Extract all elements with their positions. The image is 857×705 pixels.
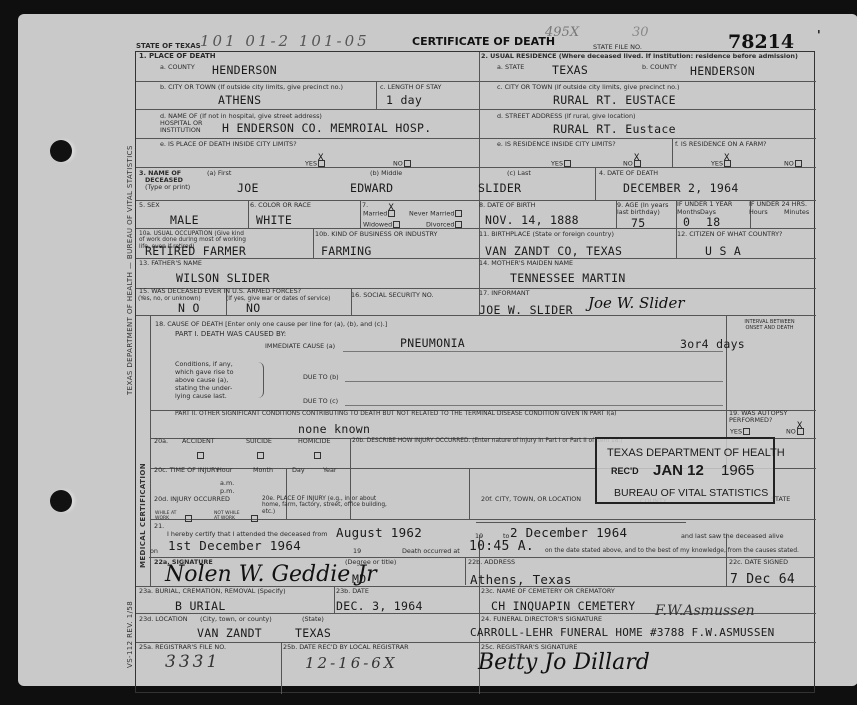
checkbox-checked[interactable] xyxy=(797,428,804,435)
occupation-value: RETIRED FARMER xyxy=(145,244,246,258)
birthplace-value: VAN ZANDT CO, TEXAS xyxy=(485,244,622,258)
certificate-title: CERTIFICATE OF DEATH xyxy=(412,35,555,48)
pod-inside-city-no[interactable]: NO xyxy=(393,160,411,168)
hours-label: Hours xyxy=(749,209,768,216)
armed-war-value: NO xyxy=(246,301,260,315)
registrar-signature: Betty Jo Dillard xyxy=(478,650,650,675)
day-label: Day xyxy=(292,467,305,474)
date-of-death-value: DECEMBER 2, 1964 xyxy=(623,181,739,195)
checkbox[interactable] xyxy=(743,428,750,435)
state-handwritten-code: 101 01-2 101-05 xyxy=(200,32,370,50)
res-inside-city-label: e. IS RESIDENCE INSIDE CITY LIMITS? xyxy=(497,141,616,148)
received-stamp: TEXAS DEPARTMENT OF HEALTH REC'D JAN 12 … xyxy=(595,437,775,504)
under-year-label: IF UNDER 1 YEAR xyxy=(677,201,732,208)
margin-vertical-text: TEXAS DEPARTMENT OF HEALTH — BUREAU OF V… xyxy=(126,145,134,395)
informant-value: JOE W. SLIDER xyxy=(479,303,573,317)
checkbox-checked[interactable] xyxy=(724,160,731,167)
res-farm-no[interactable]: NO xyxy=(784,160,802,168)
informant-signature: Joe W. Slider xyxy=(588,294,685,312)
res-street-label: d. STREET ADDRESS (If rural, give locati… xyxy=(497,113,636,120)
injury-city-label: 20f. CITY, TOWN, OR LOCATION xyxy=(481,496,581,503)
length-of-stay-label: c. LENGTH OF STAY xyxy=(380,84,441,91)
res-county-label: b. COUNTY xyxy=(642,64,677,71)
form-code: VS-112 REV. 1/58 xyxy=(126,601,134,668)
armed-forces-label: 15. WAS DECEASED EVER IN U.S. ARMED FORC… xyxy=(139,288,301,295)
not-at-work-label: NOT WHILE AT WORK xyxy=(214,512,244,522)
suicide-checkbox[interactable] xyxy=(257,452,264,459)
middle-name-label: (b) Middle xyxy=(370,170,402,177)
year-label: Year xyxy=(323,467,337,474)
first-name-label: (a) First xyxy=(207,170,231,177)
conditions-note-3: above cause (a), xyxy=(175,377,228,384)
homicide-checkbox[interactable] xyxy=(314,452,321,459)
address-label: 22b. ADDRESS xyxy=(468,559,515,566)
death-occurred-text: on the date stated above, and to the bes… xyxy=(545,548,799,555)
citizen-value: U S A xyxy=(705,244,741,258)
pod-city-label: b. CITY OR TOWN (If outside city limits,… xyxy=(160,84,343,91)
birthplace-label: 11. BIRTHPLACE (State or foreign country… xyxy=(479,231,614,238)
accident-checkbox[interactable] xyxy=(197,452,204,459)
checkbox-checked[interactable] xyxy=(318,160,325,167)
length-of-stay-value: 1 day xyxy=(386,93,422,107)
place-of-injury-label: 20e. PLACE OF INJURY (e.g., in or about … xyxy=(262,496,390,515)
medical-certification-label: MEDICAL CERTIFICATION xyxy=(139,463,147,568)
burial-location-label: 23d. LOCATION xyxy=(139,616,188,623)
ssn-label: 16. SOCIAL SECURITY NO. xyxy=(351,292,434,299)
minutes-label: Minutes xyxy=(784,209,809,216)
divorced-option[interactable]: Divorced xyxy=(426,221,462,229)
checkbox[interactable] xyxy=(564,160,571,167)
months-value: 0 xyxy=(683,215,690,229)
funeral-director-label: 24. FUNERAL DIRECTOR'S SIGNATURE xyxy=(481,616,602,623)
due-to-c-label: DUE TO (c) xyxy=(303,398,338,405)
days-value: 18 xyxy=(706,215,720,229)
pod-city-value: ATHENS xyxy=(218,93,261,107)
checkbox[interactable] xyxy=(404,160,411,167)
nineteen-2: 19 xyxy=(353,548,361,555)
punch-hole-bottom xyxy=(50,490,72,512)
armed-war-label: (If yes, give war or dates of service) xyxy=(226,296,330,302)
burial-type-value: B URIAL xyxy=(175,599,226,613)
last-name-value: SLIDER xyxy=(478,181,521,195)
pod-inside-city-yes[interactable]: YES xyxy=(305,160,325,168)
address-value: Athens, Texas xyxy=(470,572,572,587)
burial-date-value: DEC. 3, 1964 xyxy=(336,599,423,613)
sex-value: MALE xyxy=(170,213,199,227)
place-of-death-label: 1. PLACE OF DEATH xyxy=(139,53,216,61)
cause-section-label: 18. CAUSE OF DEATH [Enter only one cause… xyxy=(155,321,387,328)
res-inside-city-yes[interactable]: YES xyxy=(551,160,571,168)
on-label: on xyxy=(150,548,158,555)
citizen-label: 12. CITIZEN OF WHAT COUNTRY? xyxy=(677,231,782,238)
res-street-value: RURAL RT. Eustace xyxy=(553,122,676,136)
first-name-value: JOE xyxy=(237,181,259,195)
am-label: a.m. xyxy=(220,480,234,487)
checkbox[interactable] xyxy=(393,221,400,228)
married-option[interactable]: Married xyxy=(363,210,395,218)
business-value: FARMING xyxy=(321,244,372,258)
last-name-label: (c) Last xyxy=(507,170,531,177)
never-married-option[interactable]: Never Married xyxy=(409,210,462,218)
immediate-cause-value: PNEUMONIA xyxy=(400,336,465,350)
father-value: WILSON SLIDER xyxy=(176,271,270,285)
cemetery-label: 23c. NAME OF CEMETERY OR CREMATORY xyxy=(481,588,615,595)
not-at-work-checkbox[interactable] xyxy=(251,515,258,522)
conditions-note-5: lying cause last. xyxy=(175,393,227,400)
age-value: 75 xyxy=(631,216,645,230)
mother-label: 14. MOTHER'S MAIDEN NAME xyxy=(479,260,573,267)
punch-hole-top xyxy=(50,140,72,162)
informant-label: 17. INFORMANT xyxy=(479,290,530,297)
res-inside-city-no[interactable]: NO xyxy=(623,160,641,168)
burial-location-value: VAN ZANDT xyxy=(197,626,262,640)
pod-county-label: a. COUNTY xyxy=(160,64,195,71)
stamp-year: 1965 xyxy=(721,462,754,479)
autopsy-no[interactable]: NO xyxy=(786,428,804,436)
res-city-value: RURAL RT. EUSTACE xyxy=(553,93,676,107)
dob-value: NOV. 14, 1888 xyxy=(485,213,579,227)
under-24-label: IF UNDER 24 HRS. xyxy=(749,201,807,208)
last-saw-text: and last saw the deceased alive xyxy=(681,533,784,540)
death-occurred-label: Death occurred at xyxy=(402,548,460,555)
res-state-value: TEXAS xyxy=(552,63,588,77)
accident-label: ACCIDENT xyxy=(182,438,215,445)
attended-to-value: 2 December 1964 xyxy=(510,525,627,540)
hour-label: Hour xyxy=(217,467,232,474)
interval-value: 3or4 days xyxy=(680,337,745,351)
degree-value: MD xyxy=(352,572,366,586)
describe-injury-label: 20b. DESCRIBE HOW INJURY OCCURRED. (Ente… xyxy=(352,438,623,444)
armed-yes-no-value: N O xyxy=(178,301,200,315)
middle-name-value: EDWARD xyxy=(350,181,393,195)
conditions-note-2: which gave rise to xyxy=(175,369,233,376)
cemetery-value: CH INQUAPIN CEMETERY xyxy=(491,599,635,613)
stamp-dept: TEXAS DEPARTMENT OF HEALTH xyxy=(607,447,785,459)
homicide-label: HOMICIDE xyxy=(298,438,331,445)
pod-county-value: HENDERSON xyxy=(212,63,277,77)
date-of-death-label: 4. DATE OF DEATH xyxy=(599,170,658,177)
widowed-option[interactable]: Widowed xyxy=(363,221,400,229)
race-value: WHITE xyxy=(256,213,292,227)
stamp-bureau: BUREAU OF VITAL STATISTICS xyxy=(614,487,768,499)
father-label: 13. FATHER'S NAME xyxy=(139,260,202,267)
suicide-label: SUICIDE xyxy=(246,438,272,445)
registrar-date-label: 25b. DATE REC'D BY LOCAL REGISTRAR xyxy=(283,644,409,651)
last-saw-date: 1st December 1964 xyxy=(168,538,301,553)
degree-label: (Degree or title) xyxy=(345,559,396,566)
dob-label: 8. DATE OF BIRTH xyxy=(479,202,535,209)
race-label: 6. COLOR OR RACE xyxy=(250,202,311,209)
stamp-recd: REC'D xyxy=(611,466,639,476)
checkbox-checked[interactable] xyxy=(388,210,395,217)
date-signed-value: 7 Dec 64 xyxy=(730,572,795,587)
age-label: 9. AGE (In years last birthday) xyxy=(617,202,677,216)
stamp-date: JAN 12 xyxy=(653,462,704,479)
interval-label: INTERVAL BETWEEN ONSET AND DEATH xyxy=(742,320,797,331)
burial-type-label: 23a. BURIAL, CREMATION, REMOVAL (Specify… xyxy=(139,588,286,595)
location-sub-label: (City, town, or county) xyxy=(200,616,272,623)
funeral-director-value: CARROLL-LEHR FUNERAL HOME #3788 F.W.ASMU… xyxy=(470,626,775,639)
sex-label: 5. SEX xyxy=(139,202,160,209)
res-city-label: c. CITY OR TOWN (If outside city limits,… xyxy=(497,84,679,91)
due-to-b-label: DUE TO (b) xyxy=(303,374,339,381)
checkbox[interactable] xyxy=(795,160,802,167)
part1-label: PART I. DEATH WAS CAUSED BY: xyxy=(175,331,286,339)
burial-date-label: 23b. DATE xyxy=(336,588,369,595)
burial-state-value: TEXAS xyxy=(295,626,331,640)
hospital-value: H ENDERSON CO. MEMROIAL HOSP. xyxy=(222,121,431,135)
attended-from-value: August 1962 xyxy=(336,525,422,540)
pod-inside-city-label: e. IS PLACE OF DEATH INSIDE CITY LIMITS? xyxy=(160,141,297,148)
marital-label: 7. xyxy=(362,202,368,209)
hospital-label-3: INSTITUTION xyxy=(160,127,201,134)
conditions-note-1: Conditions, if any, xyxy=(175,361,233,368)
certify-item-label: 21. xyxy=(154,523,164,530)
time-of-injury-label: 20c. TIME OF INJURY xyxy=(154,467,219,474)
handwritten-number: 30 xyxy=(632,25,649,40)
checkbox[interactable] xyxy=(455,210,462,217)
burial-state-sub-label: (State) xyxy=(302,616,324,623)
state-of-texas-label: STATE OF TEXAS xyxy=(136,43,201,51)
pm-label: p.m. xyxy=(220,488,234,495)
res-county-value: HENDERSON xyxy=(690,64,755,78)
conditions-brace xyxy=(258,362,264,398)
funeral-director-signature: F.W.Asmussen xyxy=(655,603,755,619)
while-at-work-checkbox[interactable] xyxy=(185,515,192,522)
residence-section-label: 2. USUAL RESIDENCE (Where deceased lived… xyxy=(481,53,798,60)
corner-mark: ' xyxy=(817,28,821,42)
injury-type-label: 20a. xyxy=(154,438,168,445)
checkbox[interactable] xyxy=(455,221,462,228)
title-handwritten-note: 495X xyxy=(545,25,579,40)
month-label: Month xyxy=(253,467,273,474)
conditions-note-4: stating the under- xyxy=(175,385,232,392)
date-signed-label: 22c. DATE SIGNED xyxy=(729,559,788,566)
while-at-work-label: WHILE AT WORK xyxy=(155,512,181,522)
death-time-value: 10:45 A. xyxy=(469,539,534,554)
immediate-cause-label: IMMEDIATE CAUSE (a) xyxy=(265,343,335,350)
business-label: 10b. KIND OF BUSINESS OR INDUSTRY xyxy=(315,231,437,238)
part2-value: none known xyxy=(298,422,370,436)
registrar-date-value: 12-16-6X xyxy=(305,654,398,672)
res-farm-yes[interactable]: YES xyxy=(711,160,731,168)
registrar-file-label: 25a. REGISTRAR'S FILE NO. xyxy=(139,644,226,651)
part2-label: PART II. OTHER SIGNIFICANT CONDITIONS CO… xyxy=(175,411,617,418)
deceased-name-label-3: (Type or print) xyxy=(145,184,190,191)
res-state-label: a. STATE xyxy=(497,64,524,71)
state-file-number: 78214 xyxy=(728,31,794,53)
mother-value: TENNESSEE MARTIN xyxy=(510,271,626,285)
autopsy-yes[interactable]: YES xyxy=(730,428,750,436)
registrar-file-value: 3331 xyxy=(165,652,220,672)
res-farm-label: f. IS RESIDENCE ON A FARM? xyxy=(675,141,767,148)
checkbox-checked[interactable] xyxy=(634,160,641,167)
injury-occurred-label: 20d. INJURY OCCURRED xyxy=(154,496,230,503)
certify-text: I hereby certify that I attended the dec… xyxy=(167,531,328,538)
